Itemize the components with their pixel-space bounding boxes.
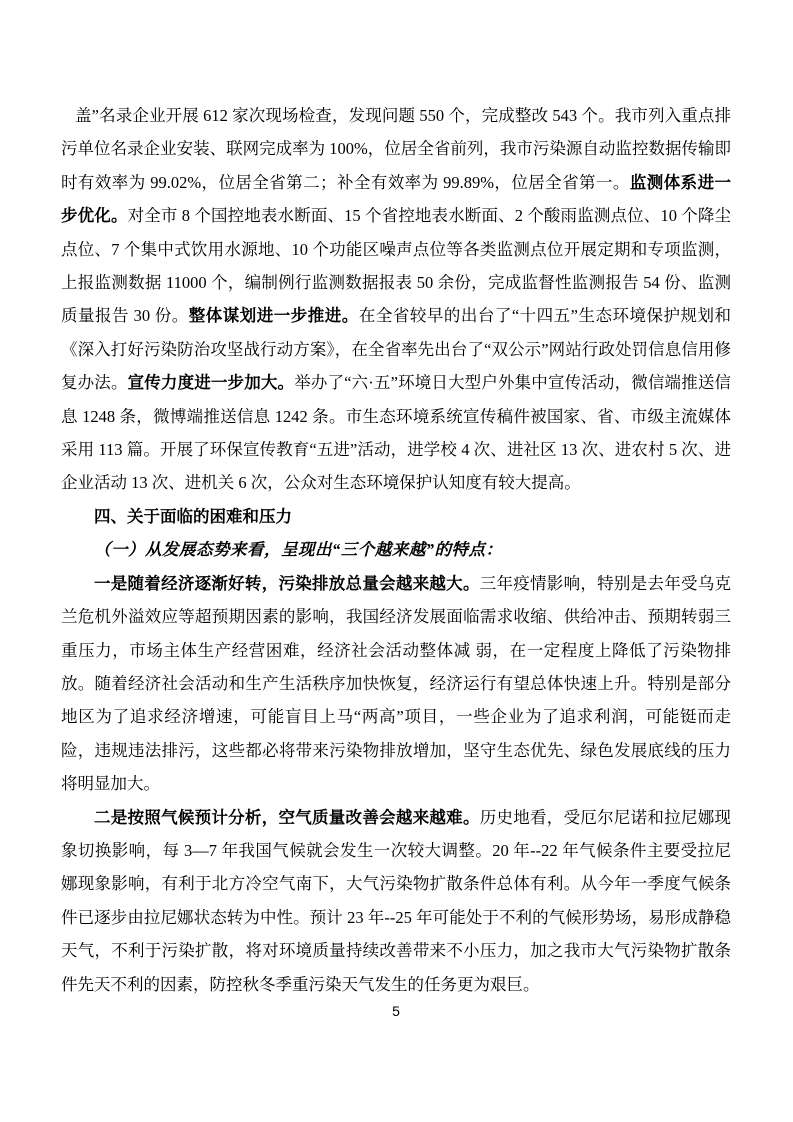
section-heading: 四、关于面临的困难和压力 xyxy=(61,500,731,533)
bold-lead-point-one: 一是随着经济逐渐好转，污染排放总量会越来越大。 xyxy=(94,574,480,593)
subsection-heading: （一）从发展态势来看，呈现出“三个越来越”的特点： xyxy=(61,533,731,566)
text-run-point-two-body: 历史地看，受厄尔尼诺和拉尼娜现象切换影响，每 3—7 年我国气候就会发生一次较大… xyxy=(61,808,731,994)
page-number: 5 xyxy=(61,1003,731,1019)
bold-phrase-overall-planning: 整体谋划进一步推进。 xyxy=(189,306,359,325)
text-run-point-one-body: 三年疫情影响，特别是去年受乌克兰危机外溢效应等超预期因素的影响，我国经济发展面临… xyxy=(61,574,731,793)
bold-phrase-publicity: 宣传力度进一步加大。 xyxy=(128,373,295,392)
bold-lead-point-two: 二是按照气候预计分析，空气质量改善会越来越难。 xyxy=(94,808,480,827)
document-page: 盖”名录企业开展 612 家次现场检查，发现问题 550 个，完成整改 543 … xyxy=(0,0,793,1122)
paragraph-work-summary: 盖”名录企业开展 612 家次现场检查，发现问题 550 个，完成整改 543 … xyxy=(61,99,731,500)
paragraph-point-one: 一是随着经济逐渐好转，污染排放总量会越来越大。三年疫情影响，特别是去年受乌克兰危… xyxy=(61,567,731,801)
paragraph-point-two: 二是按照气候预计分析，空气质量改善会越来越难。历史地看，受厄尔尼诺和拉尼娜现象切… xyxy=(61,801,731,1001)
